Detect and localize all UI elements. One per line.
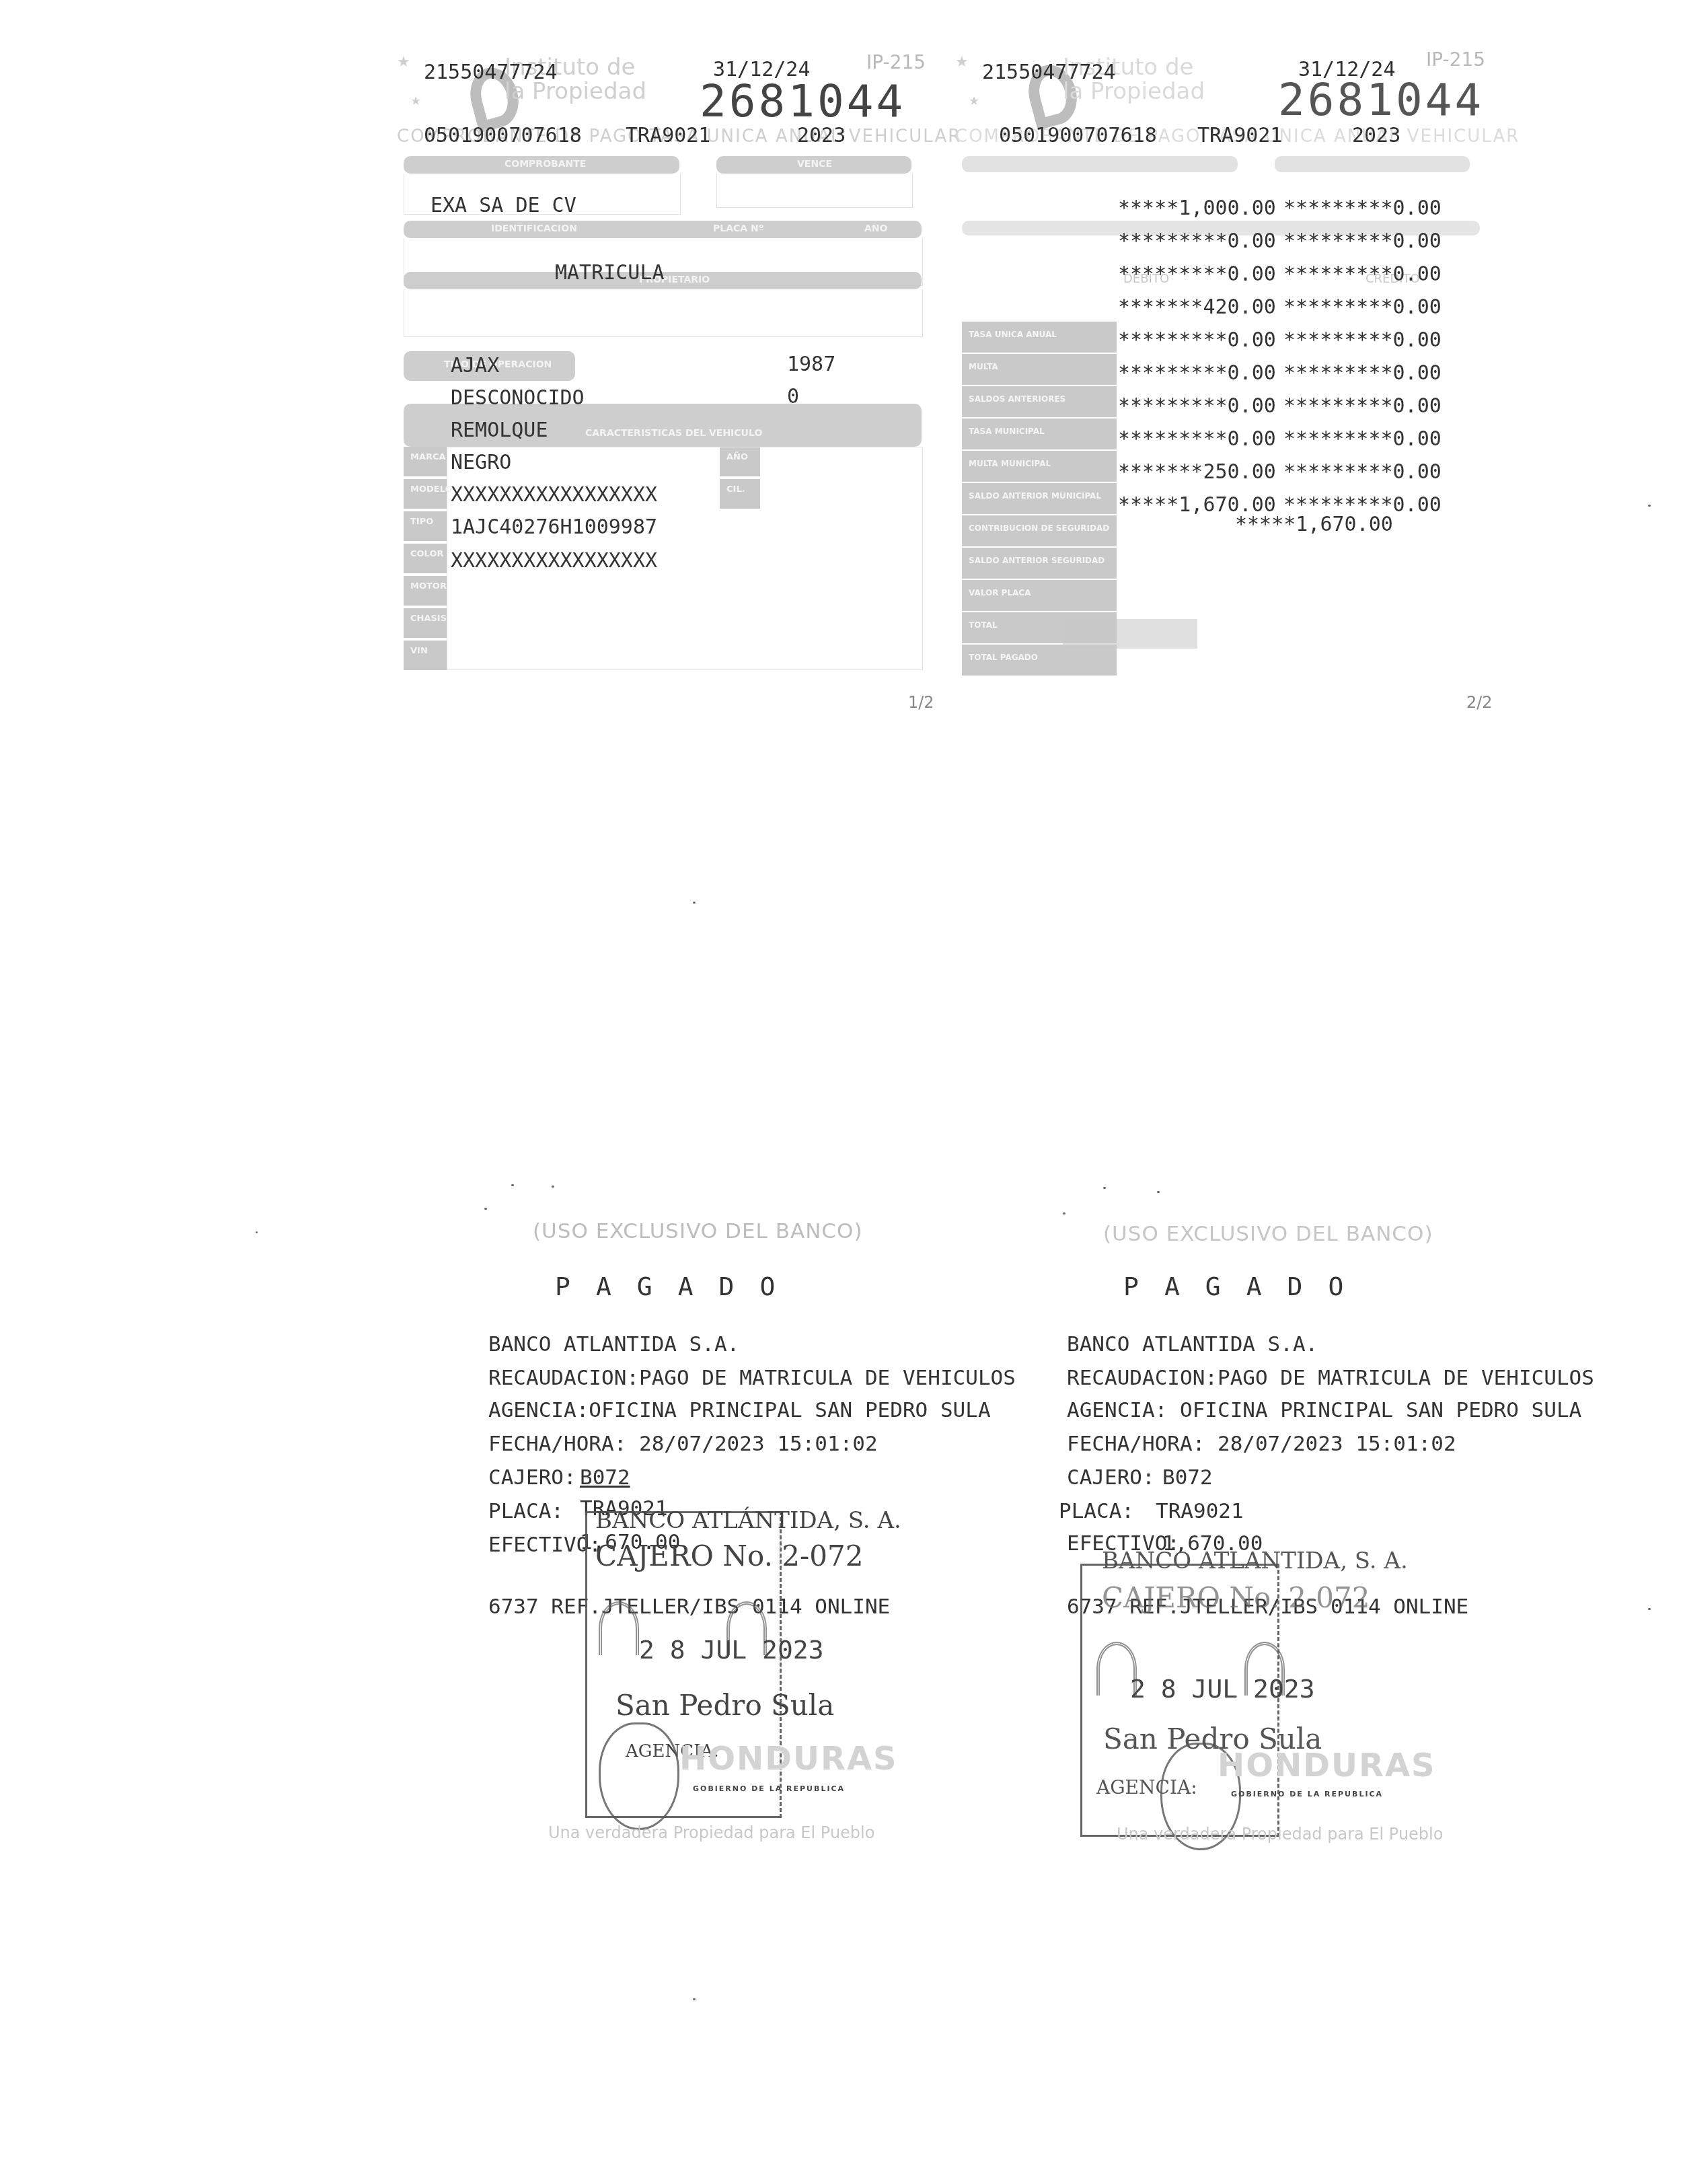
coat-of-arms-icon <box>599 1722 679 1830</box>
debit-value: *********0.00 <box>1118 427 1276 451</box>
debit-value: *******420.00 <box>1118 295 1276 319</box>
bank-name: BANCO ATLANTIDA S.A. <box>488 1332 739 1356</box>
bank-receipt-2: (USO EXCLUSIVO DEL BANCO) PAGADO BANCO A… <box>1049 1171 1601 1857</box>
stamp-city: San Pedro Sula <box>615 1689 834 1722</box>
bank-receipt-1: (USO EXCLUSIVO DEL BANCO) PAGADO BANCO A… <box>471 1171 1022 1857</box>
stamp-date: 2 8 JUL 2023 <box>1130 1674 1315 1704</box>
page-indicator: 2/2 <box>1466 693 1493 712</box>
plate-number: TRA9021 <box>626 124 710 147</box>
plate-label: PLACA: <box>488 1499 564 1523</box>
fee-label: TOTAL PAGADO <box>962 645 1117 676</box>
government-label: GOBIERNO DE LA REPUBLICA <box>1231 1790 1383 1798</box>
fee-label: CONTRIBUCION DE SEGURIDAD <box>962 515 1117 546</box>
label-tipo: TIPO <box>404 511 447 541</box>
star-icon: ★ <box>397 54 410 71</box>
government-label: GOBIERNO DE LA REPUBLICA <box>693 1784 845 1793</box>
vehicle-vin: XXXXXXXXXXXXXXXXX <box>451 549 657 573</box>
credit-value: *********0.00 <box>1283 427 1442 451</box>
credit-value: *********0.00 <box>1283 328 1442 352</box>
debit-value: *********0.00 <box>1118 394 1276 418</box>
credit-value: *********0.00 <box>1283 394 1442 418</box>
vehicle-motor: XXXXXXXXXXXXXXXXX <box>451 483 657 507</box>
form-code: IP-215 <box>866 51 926 73</box>
label-vin: VIN <box>404 641 447 670</box>
paid-status: PAGADO <box>555 1272 800 1301</box>
form-page-2: ★ ★ Instituto de la Propiedad 2155047772… <box>962 40 1500 686</box>
bank-use-label: (USO EXCLUSIVO DEL BANCO) <box>533 1219 862 1243</box>
fee-label: MULTA <box>962 354 1117 385</box>
debit-value: *********0.00 <box>1118 328 1276 352</box>
total-paid-amount: *****1,670.00 <box>1235 513 1393 536</box>
fee-label: TASA MUNICIPAL <box>962 418 1117 449</box>
fee-label: SALDO ANTERIOR MUNICIPAL <box>962 483 1117 514</box>
credit-value: *********0.00 <box>1283 196 1442 220</box>
debit-value: *******250.00 <box>1118 460 1276 484</box>
document-number: 2681044 <box>700 75 905 127</box>
collection-line: RECAUDACION:PAGO DE MATRICULA DE VEHICUL… <box>488 1366 1016 1390</box>
label-marca: MARCA <box>404 447 447 476</box>
identification-stripe: IDENTIFICACION PLACA Nº AÑO <box>404 221 922 238</box>
credit-value: *********0.00 <box>1283 229 1442 253</box>
operation-type: MATRICULA <box>555 261 665 285</box>
cashier-value: B072 <box>1162 1465 1213 1490</box>
star-icon: ★ <box>410 94 421 108</box>
vehicle-chasis: 1AJC40276H1009987 <box>451 515 657 539</box>
fee-label: MULTA MUNICIPAL <box>962 451 1117 482</box>
cashier-label: CAJERO: <box>488 1465 576 1490</box>
vehicle-modelo: DESCONOCIDO <box>451 386 585 410</box>
vence-box <box>716 174 913 208</box>
plate-label: PLACA: <box>1059 1499 1134 1523</box>
stamp-bank-name: BANCO ATLÁNTIDA, S. A. <box>595 1507 901 1534</box>
header-stripe-right <box>1275 156 1470 172</box>
owner-name: EXA SA DE CV <box>431 194 576 217</box>
vence-stripe: VENCE <box>716 156 911 174</box>
stamp-cashier: CAJERO No. 2-072 <box>595 1539 863 1572</box>
stamp-bank-name: BANCO ATLANTIDA, S. A. <box>1102 1548 1408 1574</box>
honduras-logo: HONDURAS <box>1218 1747 1436 1784</box>
account-number: 21550477724 <box>424 61 558 84</box>
fee-label: SALDO ANTERIOR SEGURIDAD <box>962 548 1117 579</box>
cashier-value: B072 <box>580 1465 630 1490</box>
credit-value: *********0.00 <box>1283 361 1442 385</box>
agency-line: AGENCIA:OFICINA PRINCIPAL SAN PEDRO SULA <box>488 1398 991 1422</box>
header-stripe-left <box>962 156 1238 172</box>
fee-label: SALDOS ANTERIORES <box>962 386 1117 417</box>
fee-label: TASA UNICA ANUAL <box>962 322 1117 353</box>
debit-value: *********0.00 <box>1118 229 1276 253</box>
account-number: 21550477724 <box>982 61 1116 84</box>
credit-value: *********0.00 <box>1283 262 1442 286</box>
slogan: Una verdadera Propiedad para El Pueblo <box>1117 1825 1443 1844</box>
bank-use-label: (USO EXCLUSIVO DEL BANCO) <box>1103 1222 1433 1246</box>
stamp-date: 2 8 JUL 2023 <box>639 1635 824 1665</box>
page-indicator: 1/2 <box>908 693 934 712</box>
stamp-cashier: CAJERO No. 2-072 <box>1102 1581 1370 1614</box>
vehicle-anio: 1987 <box>787 353 835 376</box>
year: 2023 <box>1352 124 1400 147</box>
form-page-1: ★ ★ Instituto de la Propiedad 2155047772… <box>404 40 942 686</box>
debit-value: *********0.00 <box>1118 361 1276 385</box>
honduras-logo: HONDURAS <box>679 1740 898 1778</box>
datetime-line: FECHA/HORA: 28/07/2023 15:01:02 <box>1067 1432 1456 1456</box>
vehicle-color: NEGRO <box>451 451 511 474</box>
bank-name: BANCO ATLANTIDA S.A. <box>1067 1332 1318 1356</box>
debit-value: *********0.00 <box>1118 262 1276 286</box>
label-modelo: MODELO <box>404 479 447 509</box>
collection-line: RECAUDACION:PAGO DE MATRICULA DE VEHICUL… <box>1067 1366 1594 1390</box>
datetime-line: FECHA/HORA: 28/07/2023 15:01:02 <box>488 1432 878 1456</box>
label-motor: MOTOR <box>404 576 447 606</box>
star-icon: ★ <box>955 54 969 71</box>
plate-number: TRA9021 <box>1197 124 1282 147</box>
owner-box <box>404 289 923 337</box>
identity-number: 0501900707618 <box>999 124 1157 147</box>
total-paid-stripe-extension <box>1063 619 1197 649</box>
comprobante-stripe: COMPROBANTE <box>404 156 679 174</box>
credit-value: *********0.00 <box>1283 460 1442 484</box>
debit-value: *****1,000.00 <box>1118 196 1276 220</box>
identity-number: 0501900707618 <box>424 124 582 147</box>
cashier-label: CAJERO: <box>1067 1465 1155 1490</box>
paid-status: PAGADO <box>1123 1272 1369 1301</box>
slogan: Una verdadera Propiedad para El Pueblo <box>548 1823 874 1842</box>
vehicle-cilindros: 0 <box>787 385 799 408</box>
credit-value: *********0.00 <box>1283 295 1442 319</box>
vehicle-tipo: REMOLQUE <box>451 418 548 442</box>
fee-label: VALOR PLACA <box>962 580 1117 611</box>
form-code: IP-215 <box>1426 48 1485 71</box>
year: 2023 <box>797 124 846 147</box>
agency-line: AGENCIA: OFICINA PRINCIPAL SAN PEDRO SUL… <box>1067 1398 1581 1422</box>
stamp-ornament-icon <box>599 1601 639 1655</box>
vehicle-marca: AJAX <box>451 354 499 377</box>
label-chasis: CHASIS <box>404 608 447 638</box>
label-color: COLOR <box>404 544 447 573</box>
document-number: 2681044 <box>1278 74 1484 126</box>
plate-value: TRA9021 <box>1156 1499 1244 1523</box>
star-icon: ★ <box>969 94 979 108</box>
